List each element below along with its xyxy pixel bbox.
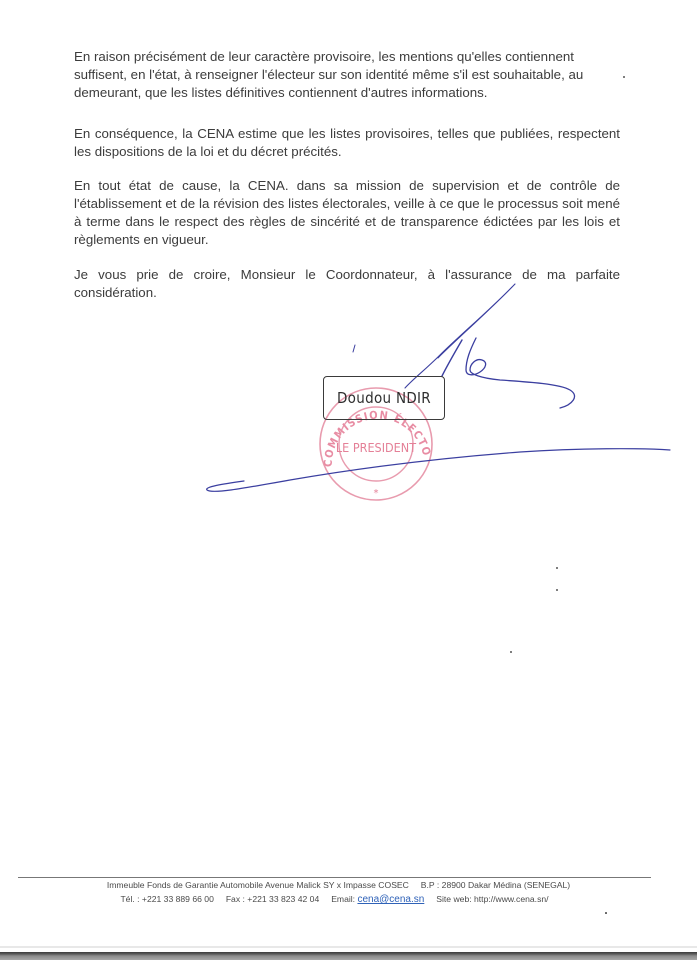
footer-email-link[interactable]: cena@cena.sn xyxy=(357,894,424,905)
scan-speck xyxy=(605,912,607,914)
scan-speck xyxy=(510,651,512,653)
footer-fax: Fax : +221 33 823 42 04 xyxy=(226,894,319,904)
paragraph-supervision: En tout état de cause, la CENA. dans sa … xyxy=(74,177,620,249)
paragraph-provisional-lists: En raison précisément de leur caractère … xyxy=(74,48,620,102)
footer-phone: Tél. : +221 33 889 66 00 xyxy=(120,894,213,904)
scan-speck xyxy=(556,567,558,569)
scan-bottom-edge xyxy=(0,952,697,960)
svg-text:*: * xyxy=(374,488,379,499)
stamp-center-text: LE PRESIDENT xyxy=(336,440,416,455)
signatory-name-stamp: Doudou NDIR xyxy=(323,376,445,420)
footer-contact: Tél. : +221 33 889 66 00 Fax : +221 33 8… xyxy=(0,894,683,905)
footer-divider xyxy=(18,877,651,878)
scan-speck xyxy=(623,76,625,78)
scan-speck xyxy=(556,589,558,591)
footer-email-label: Email: xyxy=(331,894,357,904)
document-page: En raison précisément de leur caractère … xyxy=(0,0,697,960)
paragraph-closing: Je vous prie de croire, Monsieur le Coor… xyxy=(74,266,620,302)
paragraph-consequence: En conséquence, la CENA estime que les l… xyxy=(74,125,620,161)
scan-edge-highlight xyxy=(0,946,697,948)
footer-website: Site web: http://www.cena.sn/ xyxy=(436,894,548,904)
footer-address: Immeuble Fonds de Garantie Automobile Av… xyxy=(0,880,687,890)
